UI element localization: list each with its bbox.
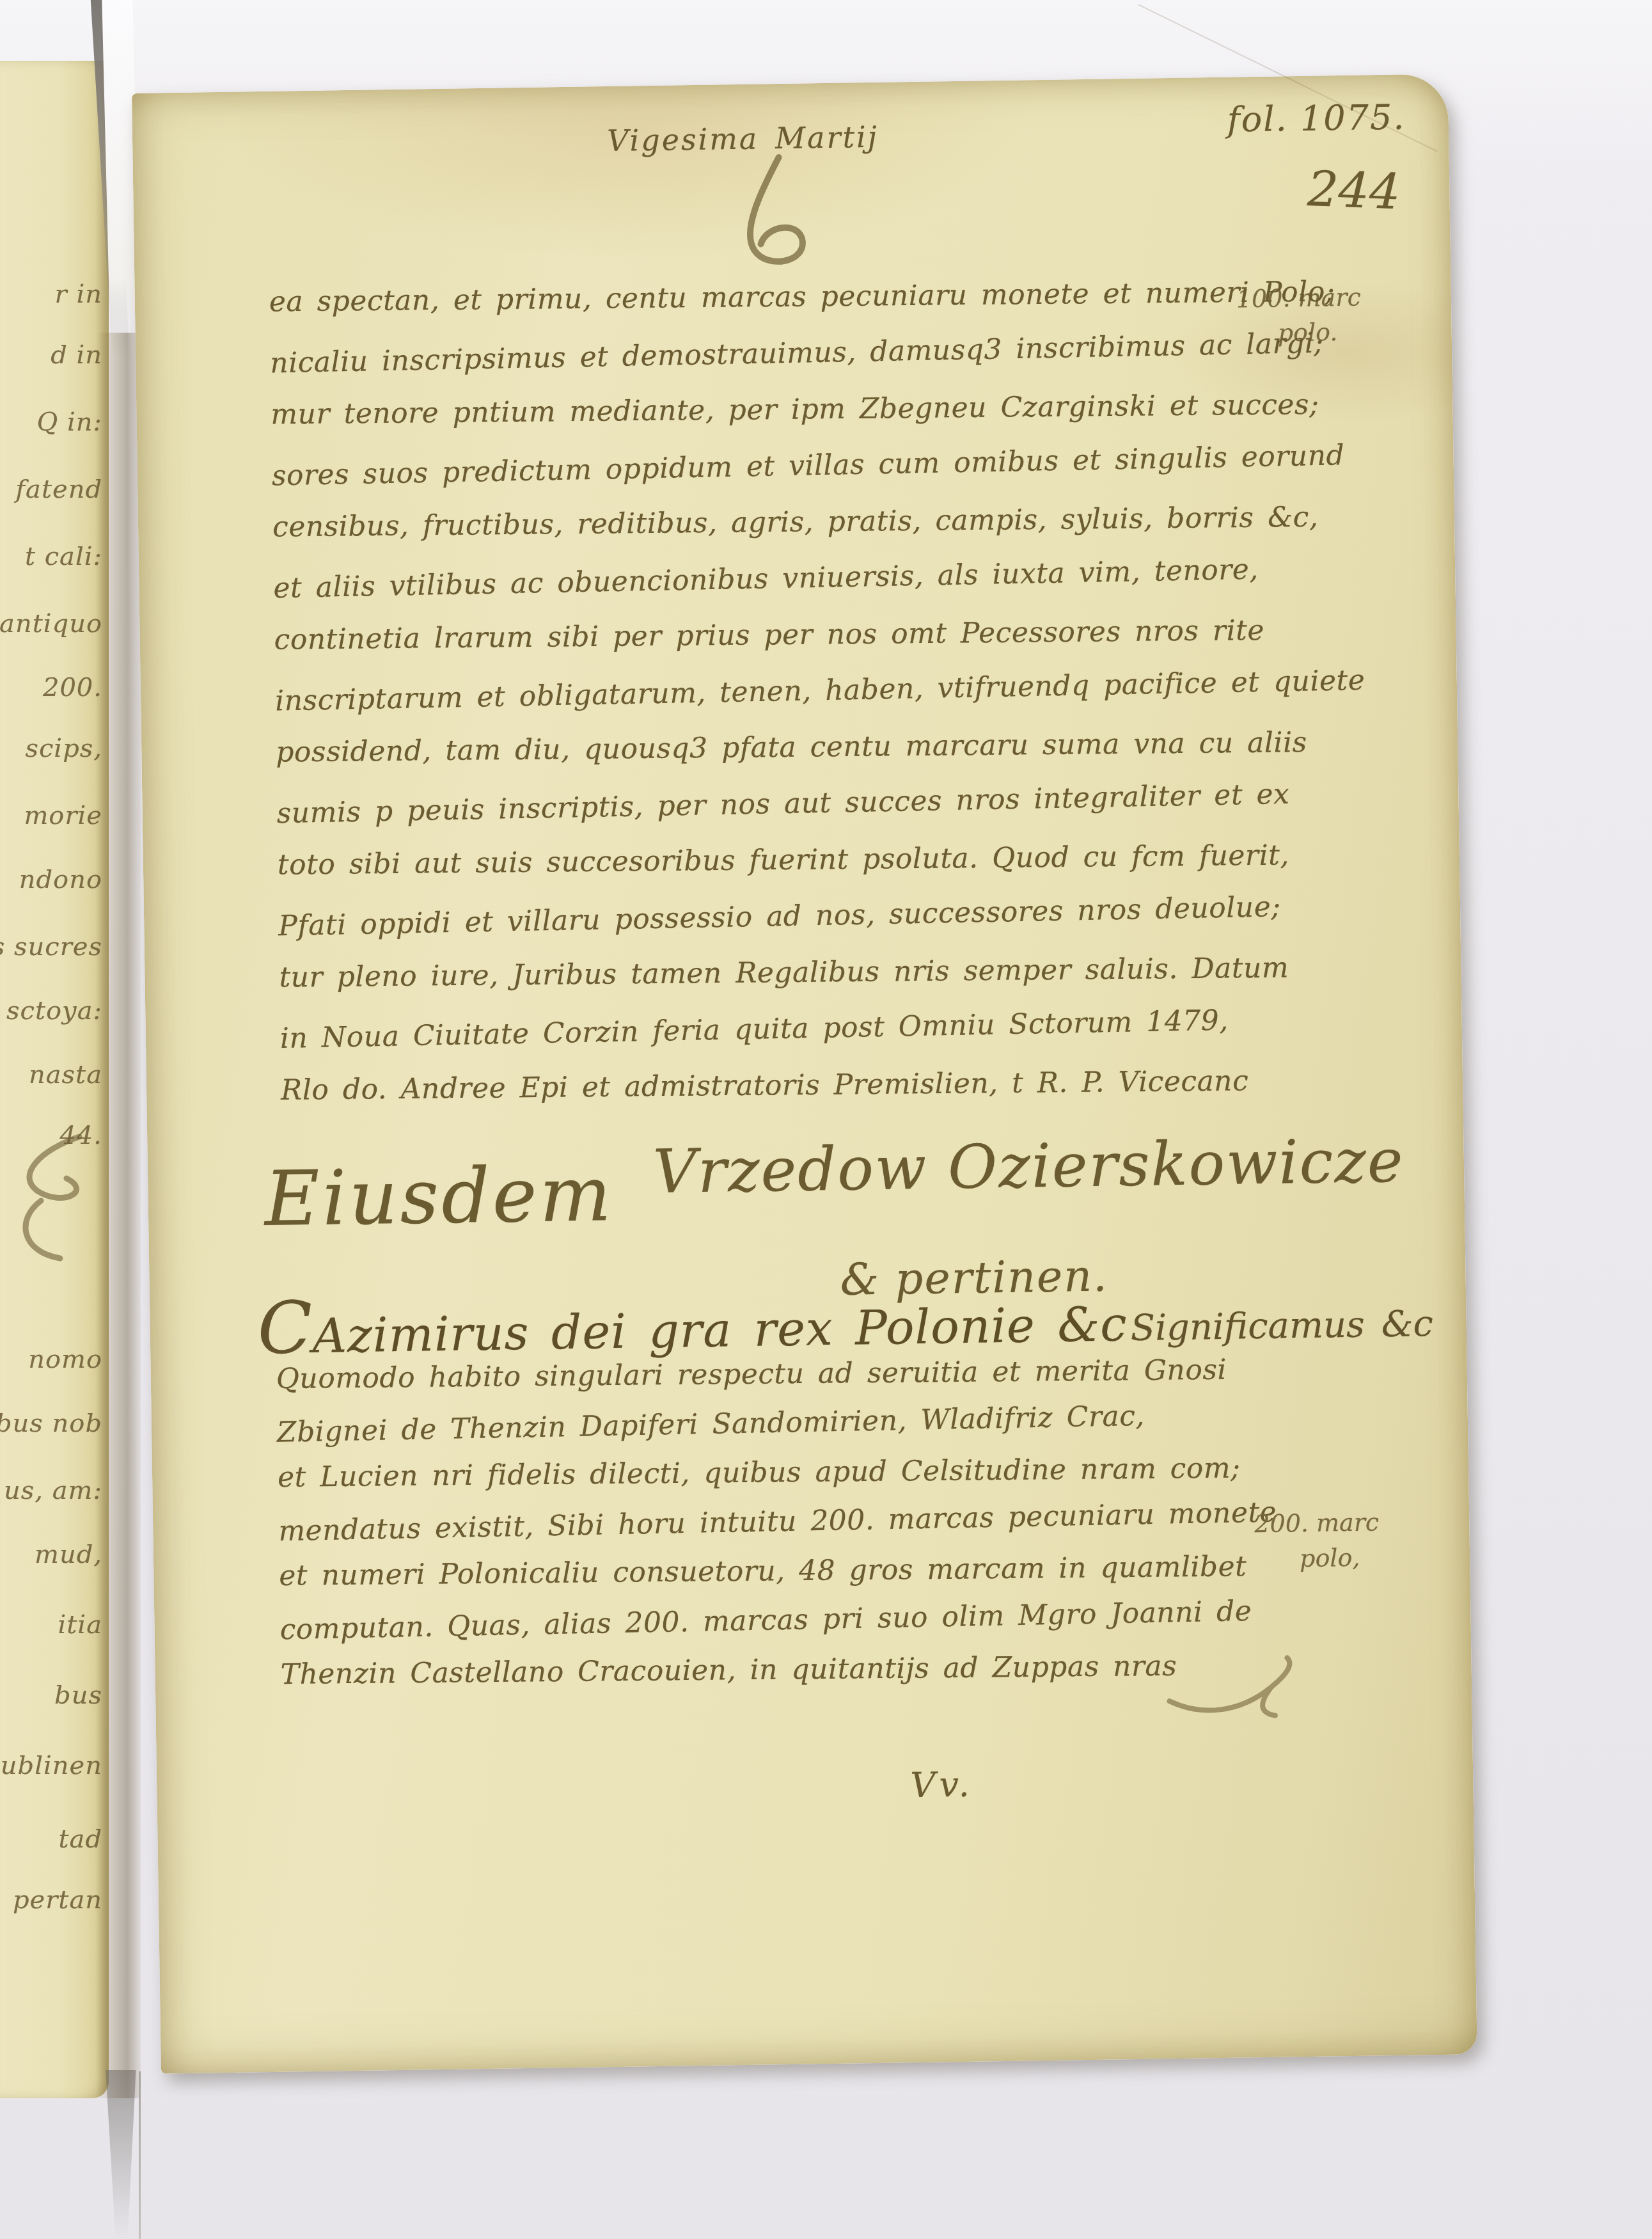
clipped-text-fragment: bus bbox=[54, 1682, 102, 1708]
clipped-text-fragment: r in bbox=[55, 281, 102, 307]
manuscript-text-line: continetia lrarum sibi per prius per nos… bbox=[274, 617, 1265, 654]
manuscript-text-line: tur pleno iure, Juribus tamen Regalibus … bbox=[279, 954, 1289, 992]
gutter-shadow bbox=[96, 333, 141, 2098]
clipped-text-fragment: us, am: bbox=[4, 1478, 102, 1503]
manuscript-text-line: Zbignei de Thenzin Dapiferi Sandomirien,… bbox=[277, 1402, 1145, 1447]
manuscript-text-line: et Lucien nri fidelis dilecti, quibus ap… bbox=[278, 1454, 1241, 1491]
clipped-text-fragment: 200. bbox=[43, 675, 102, 700]
clipped-text-fragment: ndono bbox=[19, 867, 102, 892]
margin-note-100-marc: 100. marc polo. bbox=[132, 74, 1448, 93]
clipped-text-fragment: scips, bbox=[25, 736, 102, 761]
clipped-text-fragment: antiquo bbox=[0, 611, 102, 637]
clipped-text-fragment: nasta bbox=[29, 1062, 102, 1088]
manuscript-text-line: in Noua Ciuitate Corzin feria quita post… bbox=[280, 1006, 1229, 1052]
manuscript-text-line: nicaliu inscripsimus et demostrauimus, d… bbox=[270, 329, 1324, 378]
pen-flourish-icon bbox=[683, 153, 851, 277]
manuscript-scan: r ind inQ in:fatendt cali:antiquo200.sci… bbox=[0, 0, 1652, 2239]
opening-tail: Significamus &c bbox=[1130, 1303, 1433, 1349]
manuscript-text-line: mur tenore pntium mediante, per ipm Zbeg… bbox=[271, 391, 1319, 429]
heading-place: Vrzedow Ozierskowicze bbox=[652, 1132, 1404, 1203]
entry1-text-block: ea spectan, et primu, centu marcas pecun… bbox=[269, 276, 1248, 291]
clipped-text-fragment: pertan bbox=[13, 1887, 102, 1913]
margin-note-line: 200. marc bbox=[1254, 1510, 1379, 1536]
pen-flourish-icon bbox=[3, 1130, 98, 1265]
clipped-text-fragment: nomo bbox=[28, 1347, 102, 1372]
page-edge-line bbox=[139, 2071, 141, 2239]
clipped-text-fragment: s sucres bbox=[0, 934, 102, 960]
clipped-text-fragment: Q in: bbox=[36, 409, 102, 435]
pen-flourish-icon bbox=[1162, 1651, 1304, 1723]
entry2-opening-line: CAzimirus dei gra rex Polonie &c Signifi… bbox=[257, 1276, 1434, 1365]
manuscript-text-line: sores suos predictum oppidum et villas c… bbox=[271, 441, 1344, 490]
manuscript-text-line: Thenzin Castellano Cracouien, in quitant… bbox=[280, 1652, 1177, 1689]
clipped-text-fragment: d in bbox=[51, 342, 102, 368]
manuscript-page: Vigesima Martij fol. 1075. 244 100. marc… bbox=[132, 74, 1477, 2073]
catchword: Vv. bbox=[910, 1768, 973, 1803]
initial-paraph: C bbox=[257, 1286, 313, 1370]
manuscript-text-line: toto sibi aut suis succesoribus fuerint … bbox=[278, 841, 1289, 879]
manuscript-text-line: inscriptarum et obligatarum, tenen, habe… bbox=[275, 667, 1365, 716]
manuscript-text-line: computan. Quas, alias 200. marcas pri su… bbox=[279, 1597, 1252, 1644]
clipped-text-fragment: mud, bbox=[35, 1542, 102, 1567]
margin-note-line: polo, bbox=[1300, 1546, 1360, 1570]
clipped-text-fragment: fatend bbox=[15, 477, 102, 502]
opening-text: Azimirus dei gra rex Polonie &c bbox=[312, 1297, 1128, 1364]
manuscript-text-line: et aliis vtilibus ac obuencionibus vniue… bbox=[273, 556, 1259, 603]
manuscript-text-line: censibus, fructibus, reditibus, agris, p… bbox=[272, 503, 1319, 542]
clipped-text-fragment: t cali: bbox=[25, 544, 102, 569]
folio-number: fol. 1075. bbox=[1227, 100, 1405, 137]
clipped-text-fragment: morie bbox=[24, 803, 102, 828]
clipped-text-fragment: ublinen bbox=[1, 1753, 102, 1778]
clipped-text-fragment: sctoya: bbox=[6, 998, 102, 1024]
manuscript-text-line: sumis p peuis inscriptis, per nos aut su… bbox=[276, 780, 1289, 828]
heading-eiusdem: Eiusdem bbox=[264, 1156, 614, 1237]
manuscript-text-line: ea spectan, et primu, centu marcas pecun… bbox=[269, 278, 1335, 316]
previous-page-edge: r ind inQ in:fatendt cali:antiquo200.sci… bbox=[0, 61, 109, 2098]
margin-note-200-marc: 200. marc polo, bbox=[132, 74, 1448, 93]
manuscript-text-line: Pfati oppidi et villaru possessio ad nos… bbox=[278, 893, 1281, 940]
manuscript-text-line: et numeri Polonicaliu consuetoru, 48 gro… bbox=[279, 1553, 1247, 1590]
clipped-text-fragment: bus nob bbox=[0, 1411, 102, 1436]
page-number: 244 bbox=[1307, 164, 1401, 216]
manuscript-text-line: possidend, tam diu, quousq3 pfata centu … bbox=[276, 729, 1307, 766]
running-head: Vigesima Martij bbox=[607, 122, 879, 155]
manuscript-text-line: Quomodo habito singulari respectu ad ser… bbox=[276, 1356, 1227, 1393]
manuscript-text-line: mendatus existit, Sibi horu intuitu 200.… bbox=[278, 1498, 1277, 1546]
manuscript-text-line: Rlo do. Andree Epi et admistratoris Prem… bbox=[281, 1067, 1248, 1105]
